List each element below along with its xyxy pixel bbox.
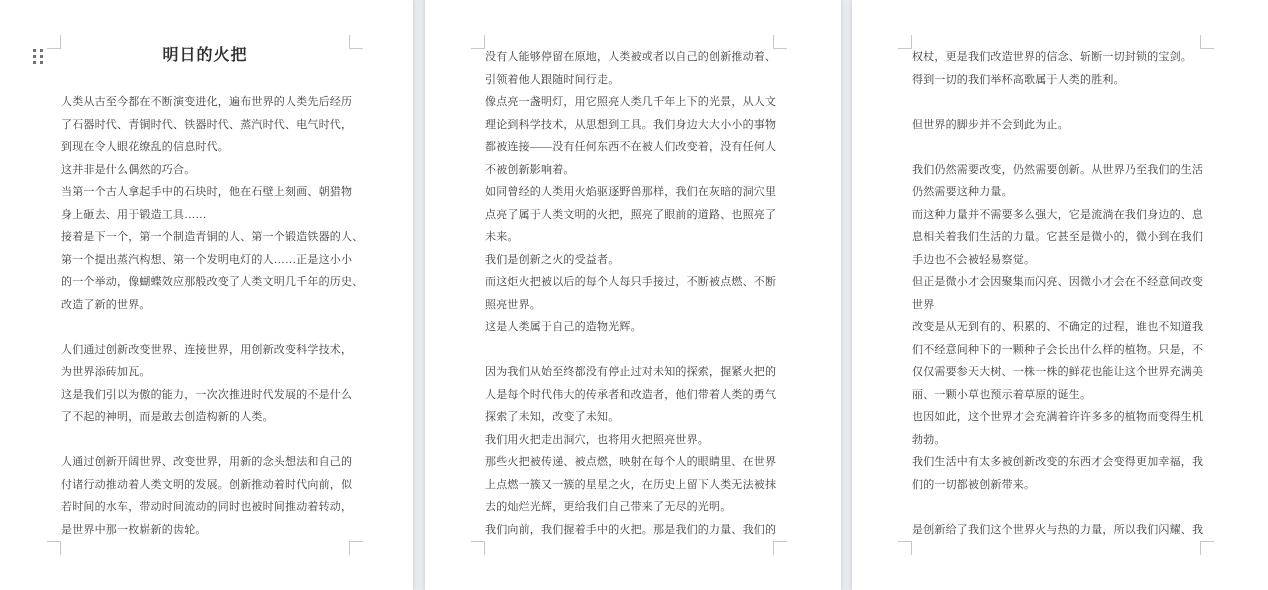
- document-page-1[interactable]: 明日的火把人类从古至今都在不断演变进化，遍布世界的人类先后经历了石器时代、青铜时…: [0, 0, 413, 590]
- margin-crop-mark-bottom-right: [773, 541, 787, 555]
- text-line[interactable]: 息相关着我们生活的力量。它甚至是微小的，微小到在我们: [912, 226, 1200, 249]
- text-line[interactable]: 但世界的脚步并不会到此为止。: [912, 114, 1200, 137]
- text-line[interactable]: 我们仍然需要改变，仍然需要创新。从世界乃至我们的生活: [912, 159, 1200, 182]
- drag-handle-icon[interactable]: [33, 49, 43, 64]
- text-line[interactable]: 身上砸去、用于锻造工具……: [61, 204, 349, 227]
- margin-crop-mark-bottom-right: [349, 541, 363, 555]
- margin-crop-mark-top-left: [898, 35, 912, 49]
- text-line[interactable]: 探索了未知，改变了未知。: [485, 406, 773, 429]
- text-line[interactable]: 若时间的水车，带动时间流动的同时也被时间推动着转动，: [61, 496, 349, 519]
- margin-crop-mark-top-left: [471, 35, 485, 49]
- text-line[interactable]: 这是我们引以为傲的能力，一次次推进时代发展的不是什么: [61, 384, 349, 407]
- text-line[interactable]: 那些火把被传递、被点燃，映射在每个人的眼睛里、在世界: [485, 451, 773, 474]
- text-line[interactable]: 们的一切都被创新带来。: [912, 474, 1200, 497]
- text-line[interactable]: 我们用火把走出洞穴，也将用火把照亮世界。: [485, 429, 773, 452]
- text-line[interactable]: 手边也不会被轻易察觉。: [912, 249, 1200, 272]
- margin-crop-mark-bottom-left: [47, 541, 61, 555]
- margin-crop-mark-bottom-left: [471, 541, 485, 555]
- margin-crop-mark-bottom-right: [1200, 541, 1214, 555]
- text-line[interactable]: 人类从古至今都在不断演变进化，遍布世界的人类先后经历: [61, 91, 349, 114]
- text-line[interactable]: 丽、一颗小草也预示着草原的诞生。: [912, 384, 1200, 407]
- page-text-area[interactable]: 没有人能够停留在原地，人类被或者以自己的创新推动着、引领着他人跟随时间行走。像点…: [485, 46, 773, 544]
- text-line[interactable]: 也因如此，这个世界才会充满着许许多多的植物而变得生机: [912, 406, 1200, 429]
- text-line[interactable]: 为世界添砖加瓦。: [61, 361, 349, 384]
- blank-line: [912, 496, 1200, 519]
- text-line[interactable]: 照亮世界。: [485, 294, 773, 317]
- drag-handle-dot: [33, 49, 36, 52]
- text-line[interactable]: 到现在令人眼花缭乱的信息时代。: [61, 136, 349, 159]
- text-line[interactable]: 像点亮一盏明灯，用它照亮人类几千年上下的光景，从人文: [485, 91, 773, 114]
- text-line[interactable]: 勃勃。: [912, 429, 1200, 452]
- text-line[interactable]: 都被连接——没有任何东西不在被人们改变着，没有任何人: [485, 136, 773, 159]
- text-line[interactable]: 人通过创新开阔世界、改变世界，用新的念头想法和自己的: [61, 451, 349, 474]
- text-line[interactable]: 而这炬火把被以后的每个人每只手接过，不断被点燃、不断: [485, 271, 773, 294]
- text-line[interactable]: 引领着他人跟随时间行走。: [485, 69, 773, 92]
- document-title[interactable]: 明日的火把: [61, 46, 349, 69]
- document-page-3[interactable]: 权杖，更是我们改造世界的信念、斩断一切封锁的宝剑。得到一切的我们举杯高歌属于人类…: [852, 0, 1268, 590]
- text-line[interactable]: 是创新给了我们这个世界火与热的力量，所以我们闪耀、我: [912, 519, 1200, 542]
- page-text-area[interactable]: 明日的火把人类从古至今都在不断演变进化，遍布世界的人类先后经历了石器时代、青铜时…: [61, 46, 349, 544]
- text-line[interactable]: 付诸行动推动着人类文明的发展。创新推动着时代向前，似: [61, 474, 349, 497]
- text-line[interactable]: 没有人能够停留在原地，人类被或者以自己的创新推动着、: [485, 46, 773, 69]
- document-page-2[interactable]: 没有人能够停留在原地，人类被或者以自己的创新推动着、引领着他人跟随时间行走。像点…: [425, 0, 841, 590]
- text-line[interactable]: 们不经意间种下的一颗种子会长出什么样的植物。只是，不: [912, 339, 1200, 362]
- text-line[interactable]: 得到一切的我们举杯高歌属于人类的胜利。: [912, 69, 1200, 92]
- margin-crop-mark-top-right: [773, 35, 787, 49]
- margin-crop-mark-top-right: [1200, 35, 1214, 49]
- text-line[interactable]: 这并非是什么偶然的巧合。: [61, 159, 349, 182]
- text-line[interactable]: 了石器时代、青铜时代、铁器时代、蒸汽时代、电气时代，: [61, 114, 349, 137]
- text-line[interactable]: 了不起的神明，而是敢去创造构新的人类。: [61, 406, 349, 429]
- text-line[interactable]: 这是人类属于自己的造物光辉。: [485, 316, 773, 339]
- text-line[interactable]: 第一个提出蒸汽构想、第一个发明电灯的人……正是这小小: [61, 249, 349, 272]
- text-line[interactable]: 接着是下一个，第一个制造青铜的人、第一个锻造铁器的人、: [61, 226, 349, 249]
- blank-line: [61, 429, 349, 452]
- text-line[interactable]: 点亮了属于人类文明的火把，照亮了眼前的道路、也照亮了: [485, 204, 773, 227]
- text-line[interactable]: 而这种力量并不需要多么强大，它是流淌在我们身边的、息: [912, 204, 1200, 227]
- text-line[interactable]: 是世界中那一枚崭新的齿轮。: [61, 519, 349, 542]
- text-line[interactable]: 如同曾经的人类用火焰驱逐野兽那样，我们在灰暗的洞穴里: [485, 181, 773, 204]
- drag-handle-dot: [33, 55, 36, 58]
- blank-line: [912, 91, 1200, 114]
- drag-handle-dot: [40, 61, 43, 64]
- page-text-area[interactable]: 权杖，更是我们改造世界的信念、斩断一切封锁的宝剑。得到一切的我们举杯高歌属于人类…: [912, 46, 1200, 544]
- margin-crop-mark-top-left: [47, 35, 61, 49]
- text-line[interactable]: 不被创新影响着。: [485, 159, 773, 182]
- blank-line: [485, 339, 773, 362]
- text-line[interactable]: 未来。: [485, 226, 773, 249]
- blank-line: [61, 69, 349, 92]
- text-line[interactable]: 人们通过创新改变世界、连接世界，用创新改变科学技术，: [61, 339, 349, 362]
- text-line[interactable]: 改变是从无到有的、积累的、不确定的过程，谁也不知道我: [912, 316, 1200, 339]
- text-line[interactable]: 理论到科学技术，从思想到工具。我们身边大大小小的事物: [485, 114, 773, 137]
- drag-handle-dot: [33, 61, 36, 64]
- margin-crop-mark-bottom-left: [898, 541, 912, 555]
- blank-line: [61, 316, 349, 339]
- drag-handle-dot: [40, 55, 43, 58]
- blank-line: [912, 136, 1200, 159]
- text-line[interactable]: 但正是微小才会因聚集而闪亮、因微小才会在不经意间改变: [912, 271, 1200, 294]
- text-line[interactable]: 当第一个古人拿起手中的石块时，他在石壁上刻画、朝猎物: [61, 181, 349, 204]
- drag-handle-dot: [40, 49, 43, 52]
- text-line[interactable]: 世界: [912, 294, 1200, 317]
- text-line[interactable]: 上点燃一簇又一簇的星星之火，在历史上留下人类无法被抹: [485, 474, 773, 497]
- text-line[interactable]: 仍然需要这种力量。: [912, 181, 1200, 204]
- text-line[interactable]: 权杖，更是我们改造世界的信念、斩断一切封锁的宝剑。: [912, 46, 1200, 69]
- text-line[interactable]: 因为我们从始至终都没有停止过对未知的探索，握紧火把的: [485, 361, 773, 384]
- text-line[interactable]: 我们是创新之火的受益者。: [485, 249, 773, 272]
- margin-crop-mark-top-right: [349, 35, 363, 49]
- text-line[interactable]: 我们生活中有太多被创新改变的东西才会变得更加幸福，我: [912, 451, 1200, 474]
- text-line[interactable]: 的一个举动，像蝴蝶效应那般改变了人类文明几千年的历史、: [61, 271, 349, 294]
- text-line[interactable]: 我们向前，我们握着手中的火把。那是我们的力量、我们的: [485, 519, 773, 542]
- text-line[interactable]: 去的灿烂光辉，更给我们自己带来了无尽的光明。: [485, 496, 773, 519]
- text-line[interactable]: 仅仅需要参天大树、一株一株的鲜花也能让这个世界充满美: [912, 361, 1200, 384]
- text-line[interactable]: 改造了新的世界。: [61, 294, 349, 317]
- text-line[interactable]: 人是每个时代伟大的传承者和改造者，他们带着人类的勇气: [485, 384, 773, 407]
